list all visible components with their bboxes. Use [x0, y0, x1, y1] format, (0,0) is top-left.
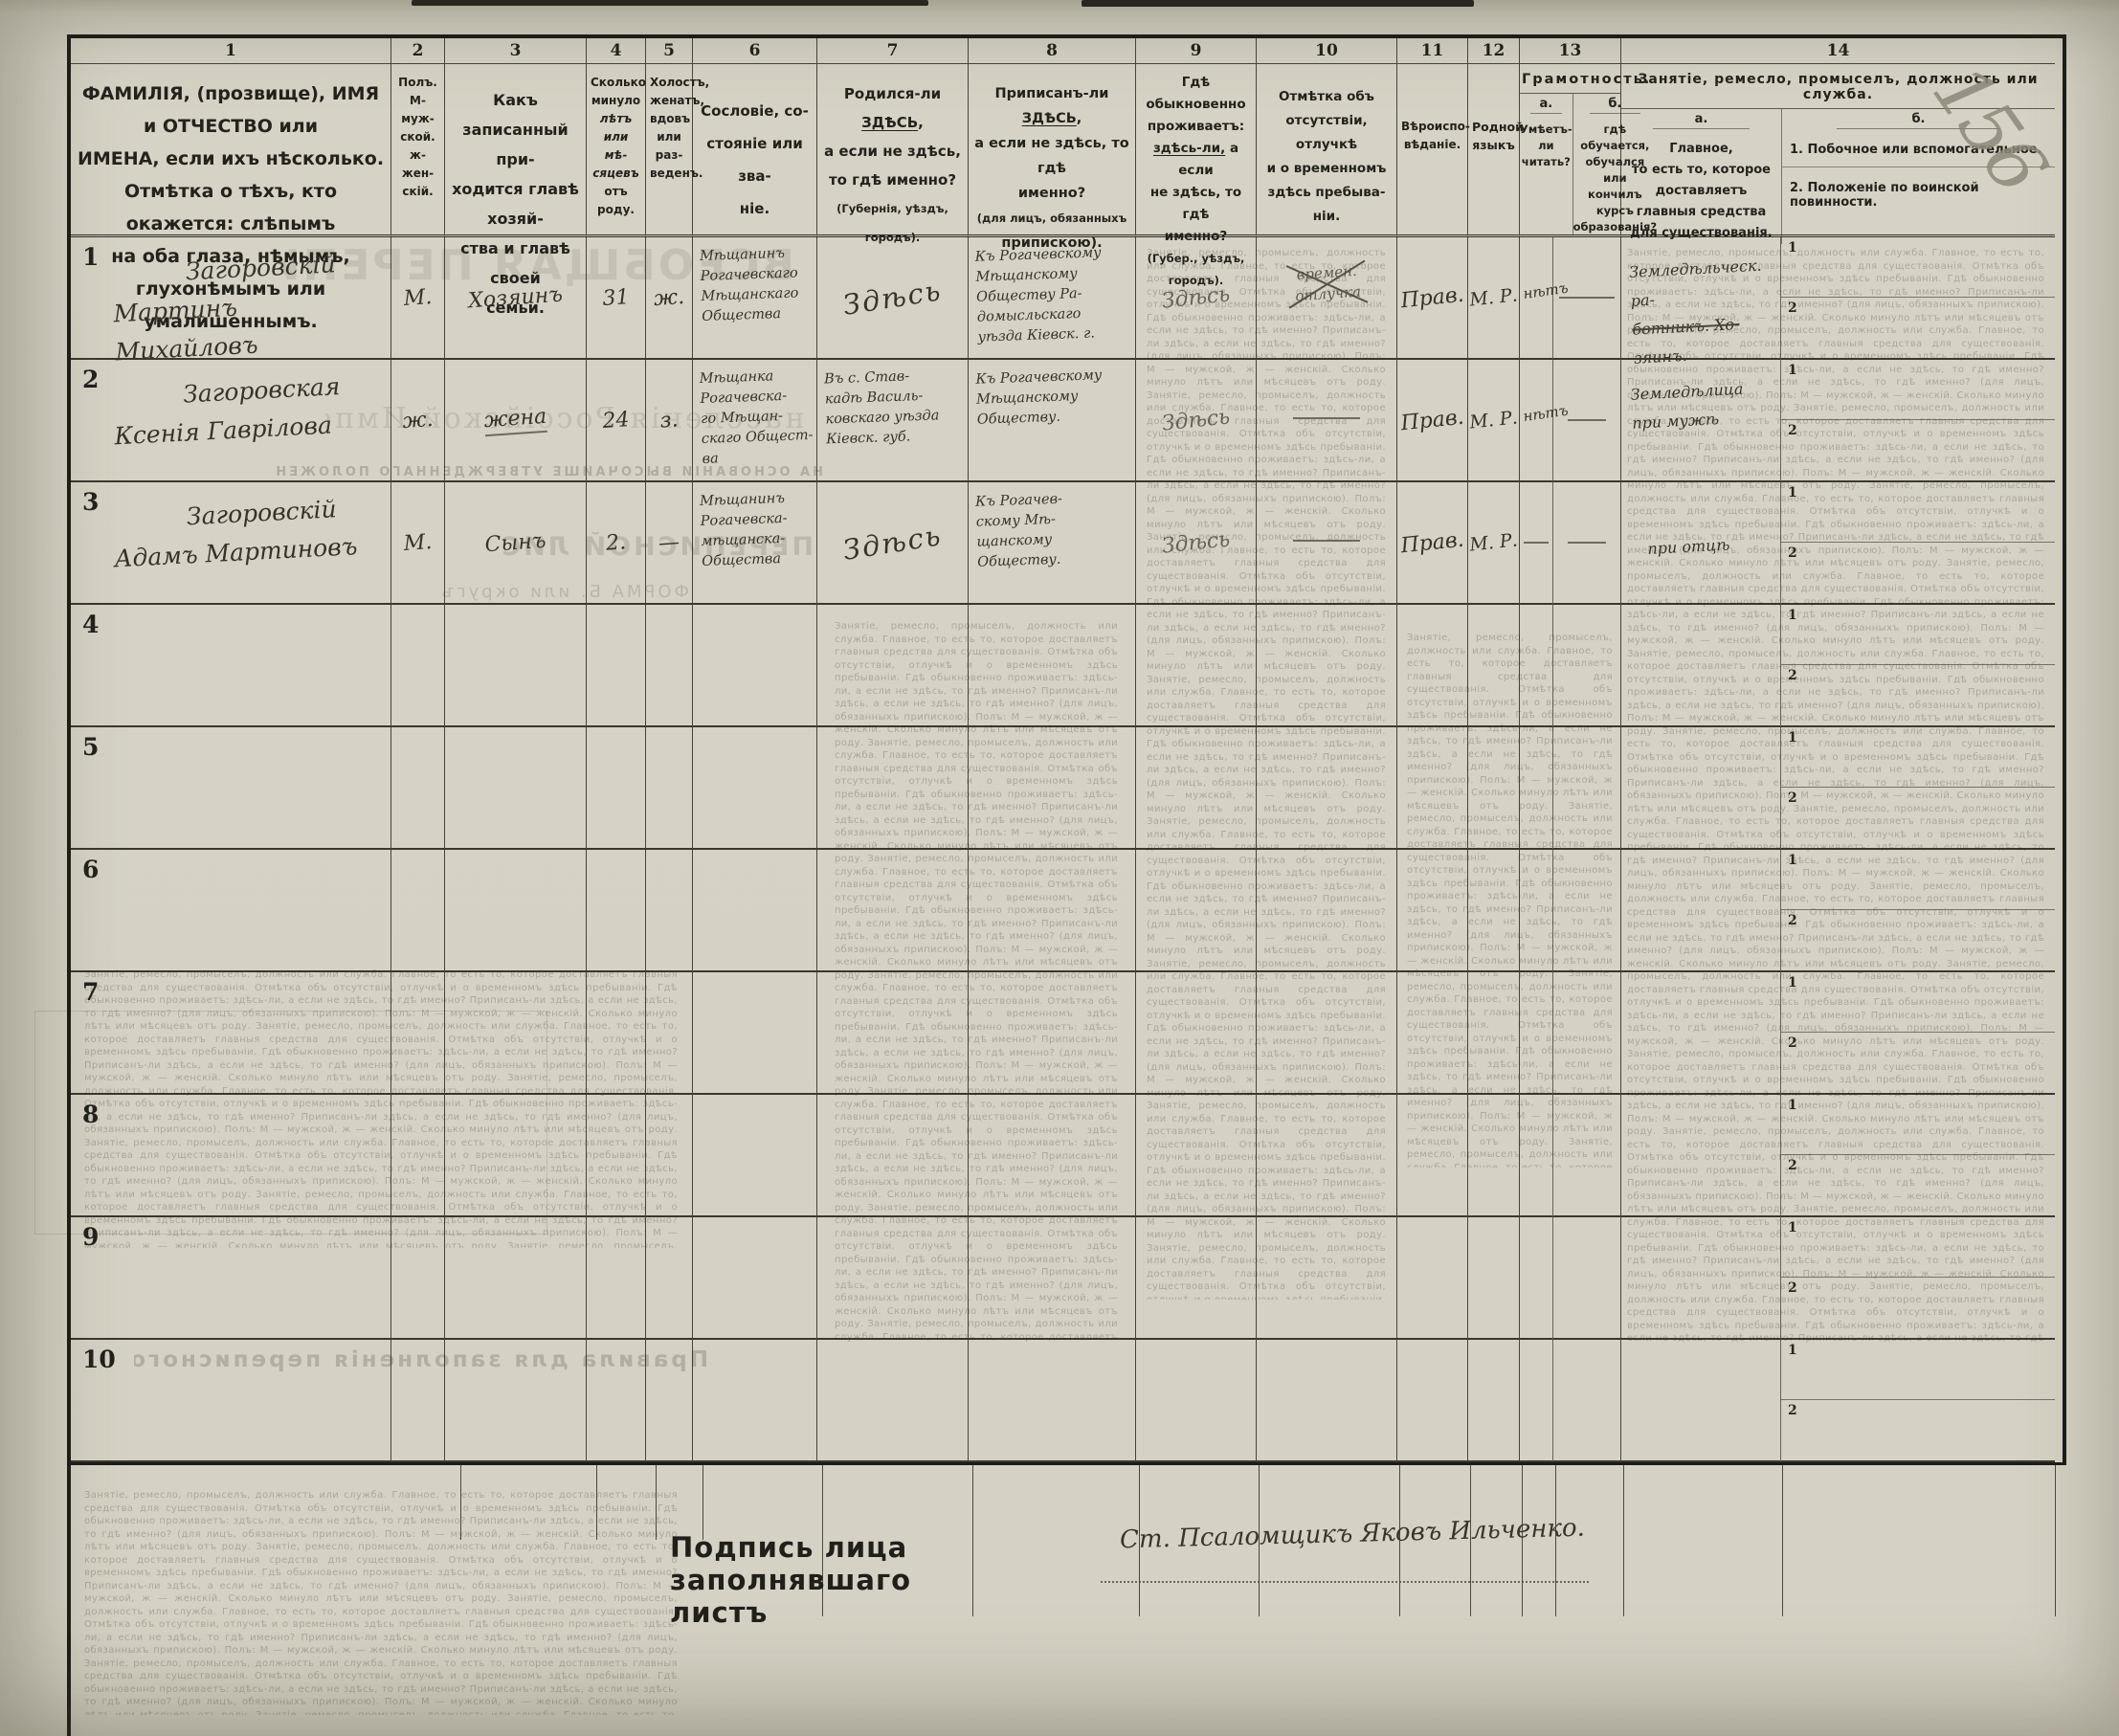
header-line: минуло	[591, 92, 641, 110]
cell-age-r2: 24	[587, 360, 646, 482]
cell-literacy-where-r3	[1553, 482, 1621, 605]
handwriting-marital: —	[642, 480, 697, 604]
handwriting-born: Здѣсь	[809, 471, 976, 613]
cell-registered-r3: Къ Рогачев-скому Мѣ-щанскомуОбществу.	[969, 482, 1136, 605]
cell-occupation-side-r4: 12	[1781, 605, 2055, 727]
cell-faith-r9	[1397, 1217, 1468, 1340]
header-line: М-муж-	[395, 92, 440, 128]
census-scan-page: { "page_number": "156", "columns": [ {"n…	[0, 0, 2119, 1736]
header-line: не здѣсь, то гдѣ	[1140, 182, 1252, 226]
header-col-12: Роднойязыкъ	[1468, 64, 1520, 237]
half-number: 1	[1788, 730, 1797, 746]
cell-language-r1: М. Р.	[1468, 237, 1520, 360]
scan-edge-mark	[1082, 0, 1474, 7]
cell-literacy-read-r6	[1520, 850, 1553, 972]
cell-faith-r3: Прав.	[1397, 482, 1468, 605]
cell-resides-r3: Здѣсь	[1136, 482, 1257, 605]
cell-literacy-read-r9	[1520, 1217, 1553, 1340]
cell-absence-r5	[1257, 727, 1397, 850]
cell-faith-r10	[1397, 1340, 1468, 1462]
cell-relation-r2: жена	[445, 360, 587, 482]
cell-registered-r8	[969, 1095, 1136, 1217]
cell-born-r5	[817, 727, 969, 850]
cell-literacy-read-r4	[1520, 605, 1553, 727]
handwriting-sex: ж.	[388, 358, 449, 482]
column-number-4: 4	[587, 38, 646, 64]
cell-estate-r9	[693, 1217, 817, 1340]
column-number-11: 11	[1397, 38, 1468, 64]
cell-name-r8: 8	[71, 1095, 391, 1217]
half-number: 1	[1788, 975, 1797, 990]
cell-occupation-main-r2: Земледѣлицапри мужѣ	[1621, 360, 1781, 482]
header-col-6: Сословіе, со-стояніе или зва-ніе.	[693, 64, 817, 237]
handwriting-estate: МѣщанкаРогачевска-го Мѣщан-скаго Общест-…	[691, 358, 818, 470]
cell-estate-r4	[693, 605, 817, 727]
handwriting-born: Въ с. Став-кадѣ Василь-ковскаго уѣздаКіе…	[815, 357, 969, 450]
cell-registered-r1: Къ РогачевскомуМѣщанскомуОбществу Ра-дом…	[969, 237, 1136, 360]
handwriting-name: ЗагоровскаяКсенія Гаврілова	[69, 351, 392, 457]
handwriting-relation: жена	[441, 355, 590, 485]
cell-occupation-main-r8	[1621, 1095, 1781, 1217]
cell-absence-r9	[1257, 1217, 1397, 1340]
cell-born-r6	[817, 850, 969, 972]
cell-language-r8	[1468, 1095, 1520, 1217]
header-group-body: а.Умѣетъ-личитать?б.гдѣ обучается,обучал…	[1520, 94, 1620, 235]
half-number: 2	[1788, 668, 1797, 683]
cell-name-r5: 5	[71, 727, 391, 850]
cell-literacy-where-r7	[1553, 972, 1621, 1095]
table-left-border	[67, 34, 71, 1736]
cell-marital-r4	[646, 605, 693, 727]
cell-absence-r10	[1257, 1340, 1397, 1462]
header-line: здѣсь-ли, а если	[1140, 138, 1252, 182]
header-line: Какъ записанный при-	[449, 85, 582, 174]
row-number: 7	[82, 978, 99, 1006]
header-line: ніе.	[697, 192, 813, 225]
row-number: 5	[82, 733, 99, 761]
cell-faith-r1: Прав.	[1397, 237, 1468, 360]
cell-occupation-main-r9	[1621, 1217, 1781, 1340]
cell-literacy-where-r8	[1553, 1095, 1621, 1217]
occupation-side-half-2: 2	[1781, 542, 2055, 603]
header-col-8: Приписанъ-ли ЗДѢСЬ,а если не здѣсь, то г…	[969, 64, 1136, 237]
cell-resides-r5	[1136, 727, 1257, 850]
handwriting-occupation: Земледѣльческ. ра-ботникъ. Хо-зяинъ.	[1618, 234, 1784, 373]
half-number: 1	[1788, 485, 1797, 501]
cell-sex-r10	[391, 1340, 445, 1462]
cell-faith-r2: Прав.	[1397, 360, 1468, 482]
cell-faith-r6	[1397, 850, 1468, 972]
header-line: Гдѣ обыкновенно	[1140, 72, 1252, 116]
half-number: 2	[1788, 1280, 1797, 1296]
cell-age-r6	[587, 850, 646, 972]
cell-language-r4	[1468, 605, 1520, 727]
half-number: 1	[1788, 608, 1797, 623]
header-line: Холостъ,	[650, 74, 688, 92]
occupation-side-half-1: 1	[1781, 482, 2055, 543]
cell-sex-r6	[391, 850, 445, 972]
row-number: 9	[82, 1223, 99, 1251]
handwriting-absence-crossed: времен.отлучка	[1255, 233, 1399, 309]
occupation-side-half-1: 1	[1781, 1095, 2055, 1155]
header-col-4: Сколькоминулолѣтъили мѣ-сяцевъотъ роду.	[587, 64, 646, 237]
handwriting-resides: Здѣсь	[1130, 477, 1261, 609]
cell-literacy-read-r5	[1520, 727, 1553, 850]
cell-marital-r2: з.	[646, 360, 693, 482]
cell-absence-r7	[1257, 972, 1397, 1095]
header-line: сяцевъ	[591, 165, 641, 183]
column-stub-long	[1623, 1465, 1624, 1616]
header-sub-a-text: Умѣетъ-личитать?	[1520, 114, 1573, 170]
cell-sex-r1: М.	[391, 237, 445, 360]
header-line: то гдѣ именно?	[821, 166, 964, 194]
cell-sex-r4	[391, 605, 445, 727]
cell-registered-r10	[969, 1340, 1136, 1462]
header-line: здѣсь пребыва-	[1260, 181, 1393, 205]
cell-absence-r1: времен.отлучка	[1257, 237, 1397, 360]
cell-absence-r6	[1257, 850, 1397, 972]
cell-estate-r8	[693, 1095, 817, 1217]
occupation-side-half-2: 2	[1781, 419, 2055, 480]
cell-occupation-main-r3: при отцѣ	[1621, 482, 1781, 605]
cell-faith-r5	[1397, 727, 1468, 850]
cell-registered-r9	[969, 1217, 1136, 1340]
header-line: или раз-	[650, 128, 688, 165]
row-number: 10	[82, 1346, 116, 1373]
header-line: скій.	[395, 183, 440, 201]
header-line: (для лицъ, обязанныхъ	[972, 206, 1131, 231]
header-col-3: Какъ записанный при-ходится главѣ хозяй-…	[445, 64, 587, 237]
cell-relation-r5	[445, 727, 587, 850]
header-col-9: Гдѣ обыкновеннопроживаетъ:здѣсь-ли, а ес…	[1136, 64, 1257, 237]
cell-born-r8	[817, 1095, 969, 1217]
cell-born-r10	[817, 1340, 969, 1462]
cell-age-r9	[587, 1217, 646, 1340]
scan-edge-mark	[412, 0, 928, 6]
header-line: ИМЕНА, если ихъ нѣсколько.	[75, 143, 387, 175]
header-col-7: Родился-ли ЗДѢСЬ,а если не здѣсь,то гдѣ …	[817, 64, 969, 237]
header-line: Отмѣтка о тѣхъ, кто окажется: слѣпымъ	[75, 175, 387, 240]
cell-occupation-side-r7: 12	[1781, 972, 2055, 1095]
cell-resides-r10	[1136, 1340, 1257, 1462]
handwriting-marital: з.	[642, 358, 697, 481]
cell-estate-r3: МѣщанинъРогачевска-мѣщанска-Общества	[693, 482, 817, 605]
cell-resides-r7	[1136, 972, 1257, 1095]
cell-occupation-main-r10	[1621, 1340, 1781, 1462]
header-sub-a-text: Главное,то есть то, которое доставляетъг…	[1621, 129, 1781, 244]
cell-estate-r5	[693, 727, 817, 850]
occupation-side-half-1: 1	[1781, 972, 2055, 1033]
header-line: ской.	[395, 128, 440, 146]
cell-relation-r8	[445, 1095, 587, 1217]
cell-literacy-where-r1	[1553, 237, 1621, 360]
occupation-side-half-2: 2	[1781, 664, 2055, 725]
cell-faith-r4	[1397, 605, 1468, 727]
cell-literacy-where-r5	[1553, 727, 1621, 850]
cell-name-r10: 10	[71, 1340, 391, 1462]
header-line: Приписанъ-ли ЗДѢСЬ,	[972, 81, 1131, 131]
cell-resides-r8	[1136, 1095, 1257, 1217]
header-group-title: Грамотность.	[1520, 64, 1620, 94]
header-line: языкъ	[1472, 136, 1515, 154]
cell-born-r2: Въ с. Став-кадѣ Василь-ковскаго уѣздаКіе…	[817, 360, 969, 482]
cell-name-r1: 1ЗагоровскійМартинъ Михайловъ	[71, 237, 391, 360]
cell-occupation-side-r9: 12	[1781, 1217, 2055, 1340]
column-stub-long	[2055, 1465, 2056, 1616]
half-number: 2	[1788, 1158, 1797, 1173]
cell-age-r5	[587, 727, 646, 850]
half-number: 1	[1788, 363, 1797, 378]
cell-sex-r2: ж.	[391, 360, 445, 482]
cell-relation-r4	[445, 605, 587, 727]
row-number: 8	[82, 1101, 99, 1128]
cell-marital-r1: ж.	[646, 237, 693, 360]
header-line: Вѣроиспо-	[1401, 118, 1463, 136]
header-line: женатъ,	[650, 92, 688, 110]
cell-absence-r3	[1257, 482, 1397, 605]
handwriting-estate: МѣщанинъРогачевска-мѣщанска-Общества	[691, 480, 817, 572]
cell-relation-r3: Сынъ	[445, 482, 587, 605]
handwriting-literacy: нѣтъ	[1516, 235, 1557, 302]
cell-age-r8	[587, 1095, 646, 1217]
cell-relation-r9	[445, 1217, 587, 1340]
half-number: 1	[1788, 1098, 1797, 1113]
header-line: ФАМИЛІЯ, (прозвище), ИМЯ и ОТЧЕСТВО или	[75, 78, 387, 143]
cell-resides-r6	[1136, 850, 1257, 972]
cell-born-r7	[817, 972, 969, 1095]
occupation-side-half-2: 2	[1781, 297, 2055, 358]
cell-estate-r1: МѣщанинъРогачевскагоМѣщанскагоОбщества	[693, 237, 817, 360]
header-col-11: Вѣроиспо-вѣданіе.	[1397, 64, 1468, 237]
half-number: 1	[1788, 853, 1797, 868]
cell-age-r1: 31	[587, 237, 646, 360]
cell-sex-r8	[391, 1095, 445, 1217]
header-sub-a: а.Главное,то есть то, которое доставляет…	[1621, 109, 1782, 244]
handwriting-faith: Прав.	[1392, 357, 1474, 484]
handwriting-name: ЗагоровскійМартинъ Михайловъ	[68, 229, 394, 373]
cell-occupation-side-r2: 12	[1781, 360, 2055, 482]
handwriting-relation: Сынъ	[441, 478, 590, 608]
header-col-5: Холостъ,женатъ,вдовъили раз-веденъ.	[646, 64, 693, 237]
occupation-side-half-2: 2	[1781, 1399, 2055, 1460]
cell-language-r10	[1468, 1340, 1520, 1462]
cell-faith-r8	[1397, 1095, 1468, 1217]
half-number: 2	[1788, 1403, 1797, 1418]
cell-literacy-read-r2: нѣтъ	[1520, 360, 1553, 482]
cell-name-r3: 3ЗагоровскійАдамъ Мартиновъ	[71, 482, 391, 605]
header-sub-a: а.Умѣетъ-личитать?	[1520, 94, 1573, 235]
handwriting-occupation: при отцѣ	[1619, 479, 1782, 566]
cell-sex-r9	[391, 1217, 445, 1340]
header-line: ходится главѣ хозяй-	[449, 174, 582, 234]
cell-literacy-read-r10	[1520, 1340, 1553, 1462]
cell-occupation-side-r3: 12	[1781, 482, 2055, 605]
handwriting-occupation: Земледѣлицапри мужѣ	[1619, 356, 1782, 439]
header-line: проживаетъ:	[1140, 116, 1252, 138]
cell-marital-r9	[646, 1217, 693, 1340]
column-stub-short	[703, 1465, 703, 1540]
column-number-2: 2	[391, 38, 445, 64]
column-stub-short	[656, 1465, 657, 1540]
cell-absence-r8	[1257, 1095, 1397, 1217]
header-line: Полъ.	[395, 74, 440, 92]
cell-resides-r9	[1136, 1217, 1257, 1340]
column-stub-short	[460, 1465, 461, 1540]
occupation-side-half-1: 1	[1781, 605, 2055, 665]
cell-resides-r2: Здѣсь	[1136, 360, 1257, 482]
cell-resides-r4	[1136, 605, 1257, 727]
cell-born-r9	[817, 1217, 969, 1340]
cell-sex-r7	[391, 972, 445, 1095]
cell-marital-r10	[646, 1340, 693, 1462]
row-number: 6	[82, 856, 99, 883]
cell-literacy-where-r2	[1553, 360, 1621, 482]
column-number-6: 6	[693, 38, 817, 64]
header-line: а если не здѣсь,	[821, 137, 964, 166]
cell-relation-r7	[445, 972, 587, 1095]
handwriting-age: 31	[583, 235, 650, 360]
handwriting-faith: Прав.	[1392, 479, 1474, 607]
handwriting-language: М. Р.	[1462, 358, 1526, 483]
occupation-side-half-2: 2	[1781, 909, 2055, 970]
half-number: 2	[1788, 1035, 1797, 1051]
cell-estate-r10	[693, 1340, 817, 1462]
half-number: 2	[1788, 545, 1797, 561]
header-line: или мѣ-	[591, 128, 641, 165]
cell-language-r2: М. Р.	[1468, 360, 1520, 482]
cell-registered-r6	[969, 850, 1136, 972]
header-line: стояніе или зва-	[697, 127, 813, 192]
occupation-side-half-2: 2	[1781, 1277, 2055, 1338]
header-line: вѣданіе.	[1401, 136, 1463, 154]
pencil-dash	[1559, 297, 1615, 299]
column-stub-short	[596, 1465, 597, 1540]
cell-literacy-read-r8	[1520, 1095, 1553, 1217]
header-line: отъ роду.	[591, 183, 641, 219]
cell-relation-r6	[445, 850, 587, 972]
header-line: ніи.	[1260, 205, 1393, 229]
handwriting-relation: Хозяинъ	[441, 233, 590, 363]
handwriting-name: ЗагоровскійАдамъ Мартиновъ	[69, 474, 392, 580]
cell-language-r5	[1468, 727, 1520, 850]
pencil-dash	[1293, 417, 1360, 419]
column-number-9: 9	[1136, 38, 1257, 64]
cell-age-r10	[587, 1340, 646, 1462]
cell-faith-r7	[1397, 972, 1468, 1095]
cell-born-r3: Здѣсь	[817, 482, 969, 605]
cell-marital-r5	[646, 727, 693, 850]
occupation-side-half-1: 1	[1781, 360, 2055, 420]
census-table: 1234567891011121314ФАМИЛІЯ, (прозвище), …	[67, 34, 2066, 1465]
cell-name-r6: 6	[71, 850, 391, 972]
handwriting-sex: М.	[388, 480, 449, 605]
cell-occupation-main-r1: Земледѣльческ. ра-ботникъ. Хо-зяинъ.	[1621, 237, 1781, 360]
cell-marital-r6	[646, 850, 693, 972]
cell-occupation-side-r5: 12	[1781, 727, 2055, 850]
occupation-side-half-1: 1	[1781, 850, 2055, 910]
occupation-side-half-1: 1	[1781, 727, 2055, 788]
cell-relation-r10	[445, 1340, 587, 1462]
cell-registered-r7	[969, 972, 1136, 1095]
handwriting-marital: ж.	[642, 235, 697, 359]
cell-occupation-side-r10: 12	[1781, 1340, 2055, 1462]
header-line: лѣтъ	[591, 110, 641, 128]
header-line: Сколько	[591, 74, 641, 92]
column-number-1: 1	[71, 38, 391, 64]
cell-literacy-read-r7	[1520, 972, 1553, 1095]
header-line: Отмѣтка объ	[1260, 85, 1393, 109]
cell-occupation-side-r6: 12	[1781, 850, 2055, 972]
cell-estate-r7	[693, 972, 817, 1095]
cell-occupation-side-r1: 12	[1781, 237, 2055, 360]
cell-sex-r3: М.	[391, 482, 445, 605]
handwriting-literacy: нѣтъ	[1516, 358, 1557, 425]
column-number-12: 12	[1468, 38, 1520, 64]
occupation-side-half-2: 2	[1781, 1154, 2055, 1215]
occupation-side-half-1: 1	[1781, 1340, 2055, 1400]
cell-age-r7	[587, 972, 646, 1095]
occupation-side-half-1: 1	[1781, 1217, 2055, 1278]
header-line: Родной	[1472, 118, 1515, 136]
half-number: 1	[1788, 1220, 1797, 1235]
handwriting-registered: Къ Рогачев-скому Мѣ-щанскомуОбществу.	[967, 479, 1136, 573]
cell-born-r4	[817, 605, 969, 727]
cell-occupation-main-r6	[1621, 850, 1781, 972]
half-number: 1	[1788, 240, 1797, 256]
handwriting-resides: Здѣсь	[1130, 232, 1261, 364]
handwriting-resides: Здѣсь	[1130, 354, 1261, 486]
cell-registered-r5	[969, 727, 1136, 850]
cell-absence-r2	[1257, 360, 1397, 482]
column-number-8: 8	[969, 38, 1136, 64]
cell-literacy-where-r10	[1553, 1340, 1621, 1462]
header-sub-a-label: а.	[1530, 94, 1562, 114]
handwriting-language: М. Р.	[1462, 235, 1526, 361]
pencil-dash	[1568, 419, 1606, 421]
cell-language-r7	[1468, 972, 1520, 1095]
header-line: Сословіе, со-	[697, 95, 813, 127]
header-col-13: Грамотность.а.Умѣетъ-личитать?б.гдѣ обуч…	[1520, 64, 1621, 237]
cell-occupation-main-r7	[1621, 972, 1781, 1095]
header-line: отсутствіи, отлучкѣ	[1260, 109, 1393, 157]
cell-relation-r1: Хозяинъ	[445, 237, 587, 360]
cell-absence-r4	[1257, 605, 1397, 727]
occupation-side-half-2: 2	[1781, 1032, 2055, 1093]
column-number-5: 5	[646, 38, 693, 64]
row-number: 4	[82, 611, 99, 638]
column-number-13: 13	[1520, 38, 1621, 64]
cell-estate-r6	[693, 850, 817, 972]
cell-literacy-where-r9	[1553, 1217, 1621, 1340]
cell-registered-r2: Къ РогачевскомуМѣщанскомуОбществу.	[969, 360, 1136, 482]
cell-language-r9	[1468, 1217, 1520, 1340]
cell-literacy-read-r1: нѣтъ	[1520, 237, 1553, 360]
cell-literacy-where-r4	[1553, 605, 1621, 727]
handwriting-faith: Прав.	[1392, 234, 1474, 362]
handwriting-born: Здѣсь	[809, 226, 976, 368]
cell-language-r3: М. Р.	[1468, 482, 1520, 605]
cell-resides-r1: Здѣсь	[1136, 237, 1257, 360]
handwriting-registered: Къ РогачевскомуМѣщанскомуОбществу.	[968, 357, 1136, 431]
occupation-side-half-1: 1	[1781, 237, 2055, 298]
header-sub-a-label: а.	[1653, 109, 1749, 129]
cell-sex-r5	[391, 727, 445, 850]
column-number-3: 3	[445, 38, 587, 64]
header-line: именно?	[972, 181, 1131, 206]
header-line: Родился-ли ЗДѢСЬ,	[821, 79, 964, 137]
header-col-10: Отмѣтка объотсутствіи, отлучкѣи о времен…	[1257, 64, 1397, 237]
half-number: 2	[1788, 913, 1797, 928]
